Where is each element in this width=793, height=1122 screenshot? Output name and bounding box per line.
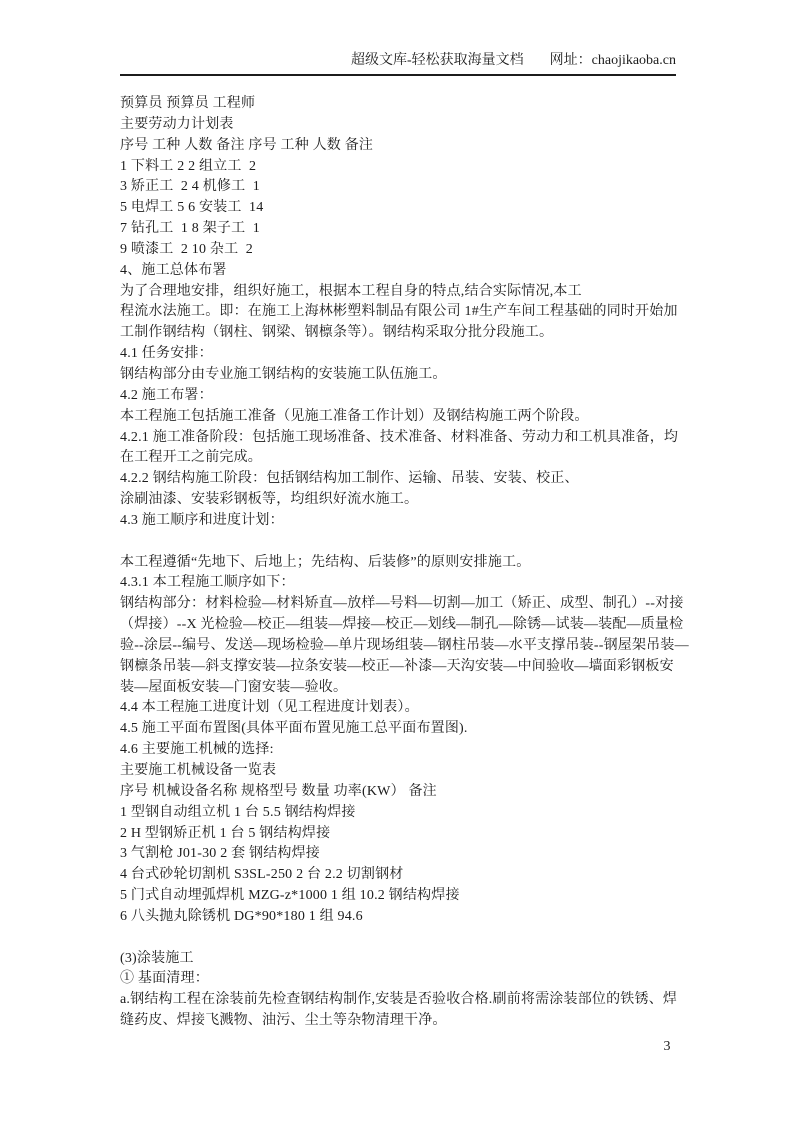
text-line: 序号 工种 人数 备注 序号 工种 人数 备注 (120, 136, 720, 157)
page-number: 3 (652, 1039, 682, 1055)
text-line: 7 钻孔工 1 8 架子工 1 (120, 219, 720, 240)
text-line: 主要施工机械设备一览表 (120, 761, 720, 782)
text-line: 4.2.1 施工准备阶段：包括施工现场准备、技术准备、材料准备、劳动力和工机具准… (120, 428, 720, 449)
text-line: 4.2.2 钢结构施工阶段：包括钢结构加工制作、运输、吊装、安装、校正、 (120, 469, 720, 490)
text-line: 工制作钢结构（钢柱、钢梁、钢檩条等）。钢结构采取分批分段施工。 (120, 323, 720, 344)
text-line: a.钢结构工程在涂装前先检查钢结构制作,安装是否验收合格.刷前将需涂装部位的铁锈… (120, 990, 720, 1011)
text-line: 涂刷油漆、安装彩钢板等，均组织好流水施工。 (120, 490, 720, 511)
text-line: 6 八头抛丸除锈机 DG*90*180 1 组 94.6 (120, 907, 720, 928)
text-line: 为了合理地安排，组织好施工，根据本工程自身的特点,结合实际情况,本工 (120, 282, 720, 303)
header-url-label: 网址：chaojikaoba.cn (550, 52, 676, 70)
text-line (120, 532, 720, 553)
text-line: 4.5 施工平面布置图(具体平面布置见施工总平面布置图). (120, 719, 720, 740)
text-line: 主要劳动力计划表 (120, 115, 720, 136)
text-line: 2 H 型钢矫正机 1 台 5 钢结构焊接 (120, 824, 720, 845)
text-line: 5 电焊工 5 6 安装工 14 (120, 198, 720, 219)
text-line: 4.3.1 本工程施工顺序如下： (120, 573, 720, 594)
text-line: 4、施工总体布署 (120, 261, 720, 282)
text-line: ① 基面清理： (120, 969, 720, 990)
text-line: 4.3 施工顺序和进度计划： (120, 511, 720, 532)
text-line: 1 下料工 2 2 组立工 2 (120, 157, 720, 178)
text-line: 3 气割枪 J01-30 2 套 钢结构焊接 (120, 844, 720, 865)
text-line: 序号 机械设备名称 规格型号 数量 功率(KW） 备注 (120, 782, 720, 803)
text-line: 钢结构部分由专业施工钢结构的安装施工队伍施工。 (120, 365, 720, 386)
document-page: 超级文库-轻松获取海量文档 网址：chaojikaoba.cn 预算员 预算员 … (0, 0, 793, 1122)
text-line: 5 门式自动埋弧焊机 MZG-z*1000 1 组 10.2 钢结构焊接 (120, 886, 720, 907)
text-line: 4.2 施工布署： (120, 386, 720, 407)
text-line: 预算员 预算员 工程师 (120, 94, 720, 115)
header-divider (120, 74, 676, 76)
text-line: (3)涂装施工 (120, 949, 720, 970)
text-line: 4.6 主要施工机械的选择: (120, 740, 720, 761)
text-line: 3 矫正工 2 4 机修工 1 (120, 177, 720, 198)
text-line (120, 928, 720, 949)
text-line: 验--涂层--编号、发送—现场检验—单片现场组装—钢柱吊装—水平支撑吊装--钢屋… (120, 636, 720, 657)
text-line: 本工程施工包括施工准备（见施工准备工作计划）及钢结构施工两个阶段。 (120, 407, 720, 428)
text-line: 4.4 本工程施工进度计划（见工程进度计划表）。 (120, 698, 720, 719)
header-site-label: 超级文库-轻松获取海量文档 (351, 52, 524, 70)
text-line: 装—屋面板安装—门窗安装—验收。 (120, 678, 720, 699)
text-line: 钢檩条吊装—斜支撑安装—拉条安装—校正—补漆—天沟安装—中间验收—墙面彩钢板安 (120, 657, 720, 678)
text-line: （焊接）--X 光检验—校正—组装—焊接—校正—划线—制孔—除锈—试装—装配—质… (120, 615, 720, 636)
text-line: 本工程遵循“先地下、后地上；先结构、后装修”的原则安排施工。 (120, 553, 720, 574)
text-line: 缝药皮、焊接飞溅物、油污、尘土等杂物清理干净。 (120, 1011, 720, 1032)
text-line: 钢结构部分：材料检验—材料矫直—放样—号料—切割—加工（矫正、成型、制孔）--对… (120, 594, 720, 615)
text-line: 9 喷漆工 2 10 杂工 2 (120, 240, 720, 261)
page-header: 超级文库-轻松获取海量文档 网址：chaojikaoba.cn (120, 52, 676, 70)
text-line: 1 型钢自动组立机 1 台 5.5 钢结构焊接 (120, 803, 720, 824)
text-line: 在工程开工之前完成。 (120, 448, 720, 469)
text-line: 4.1 任务安排： (120, 344, 720, 365)
document-body: 预算员 预算员 工程师主要劳动力计划表序号 工种 人数 备注 序号 工种 人数 … (120, 94, 720, 1032)
text-line: 程流水法施工。即：在施工上海林彬塑料制品有限公司 1#生产车间工程基础的同时开始… (120, 302, 720, 323)
text-line: 4 台式砂轮切割机 S3SL-250 2 台 2.2 切割钢材 (120, 865, 720, 886)
